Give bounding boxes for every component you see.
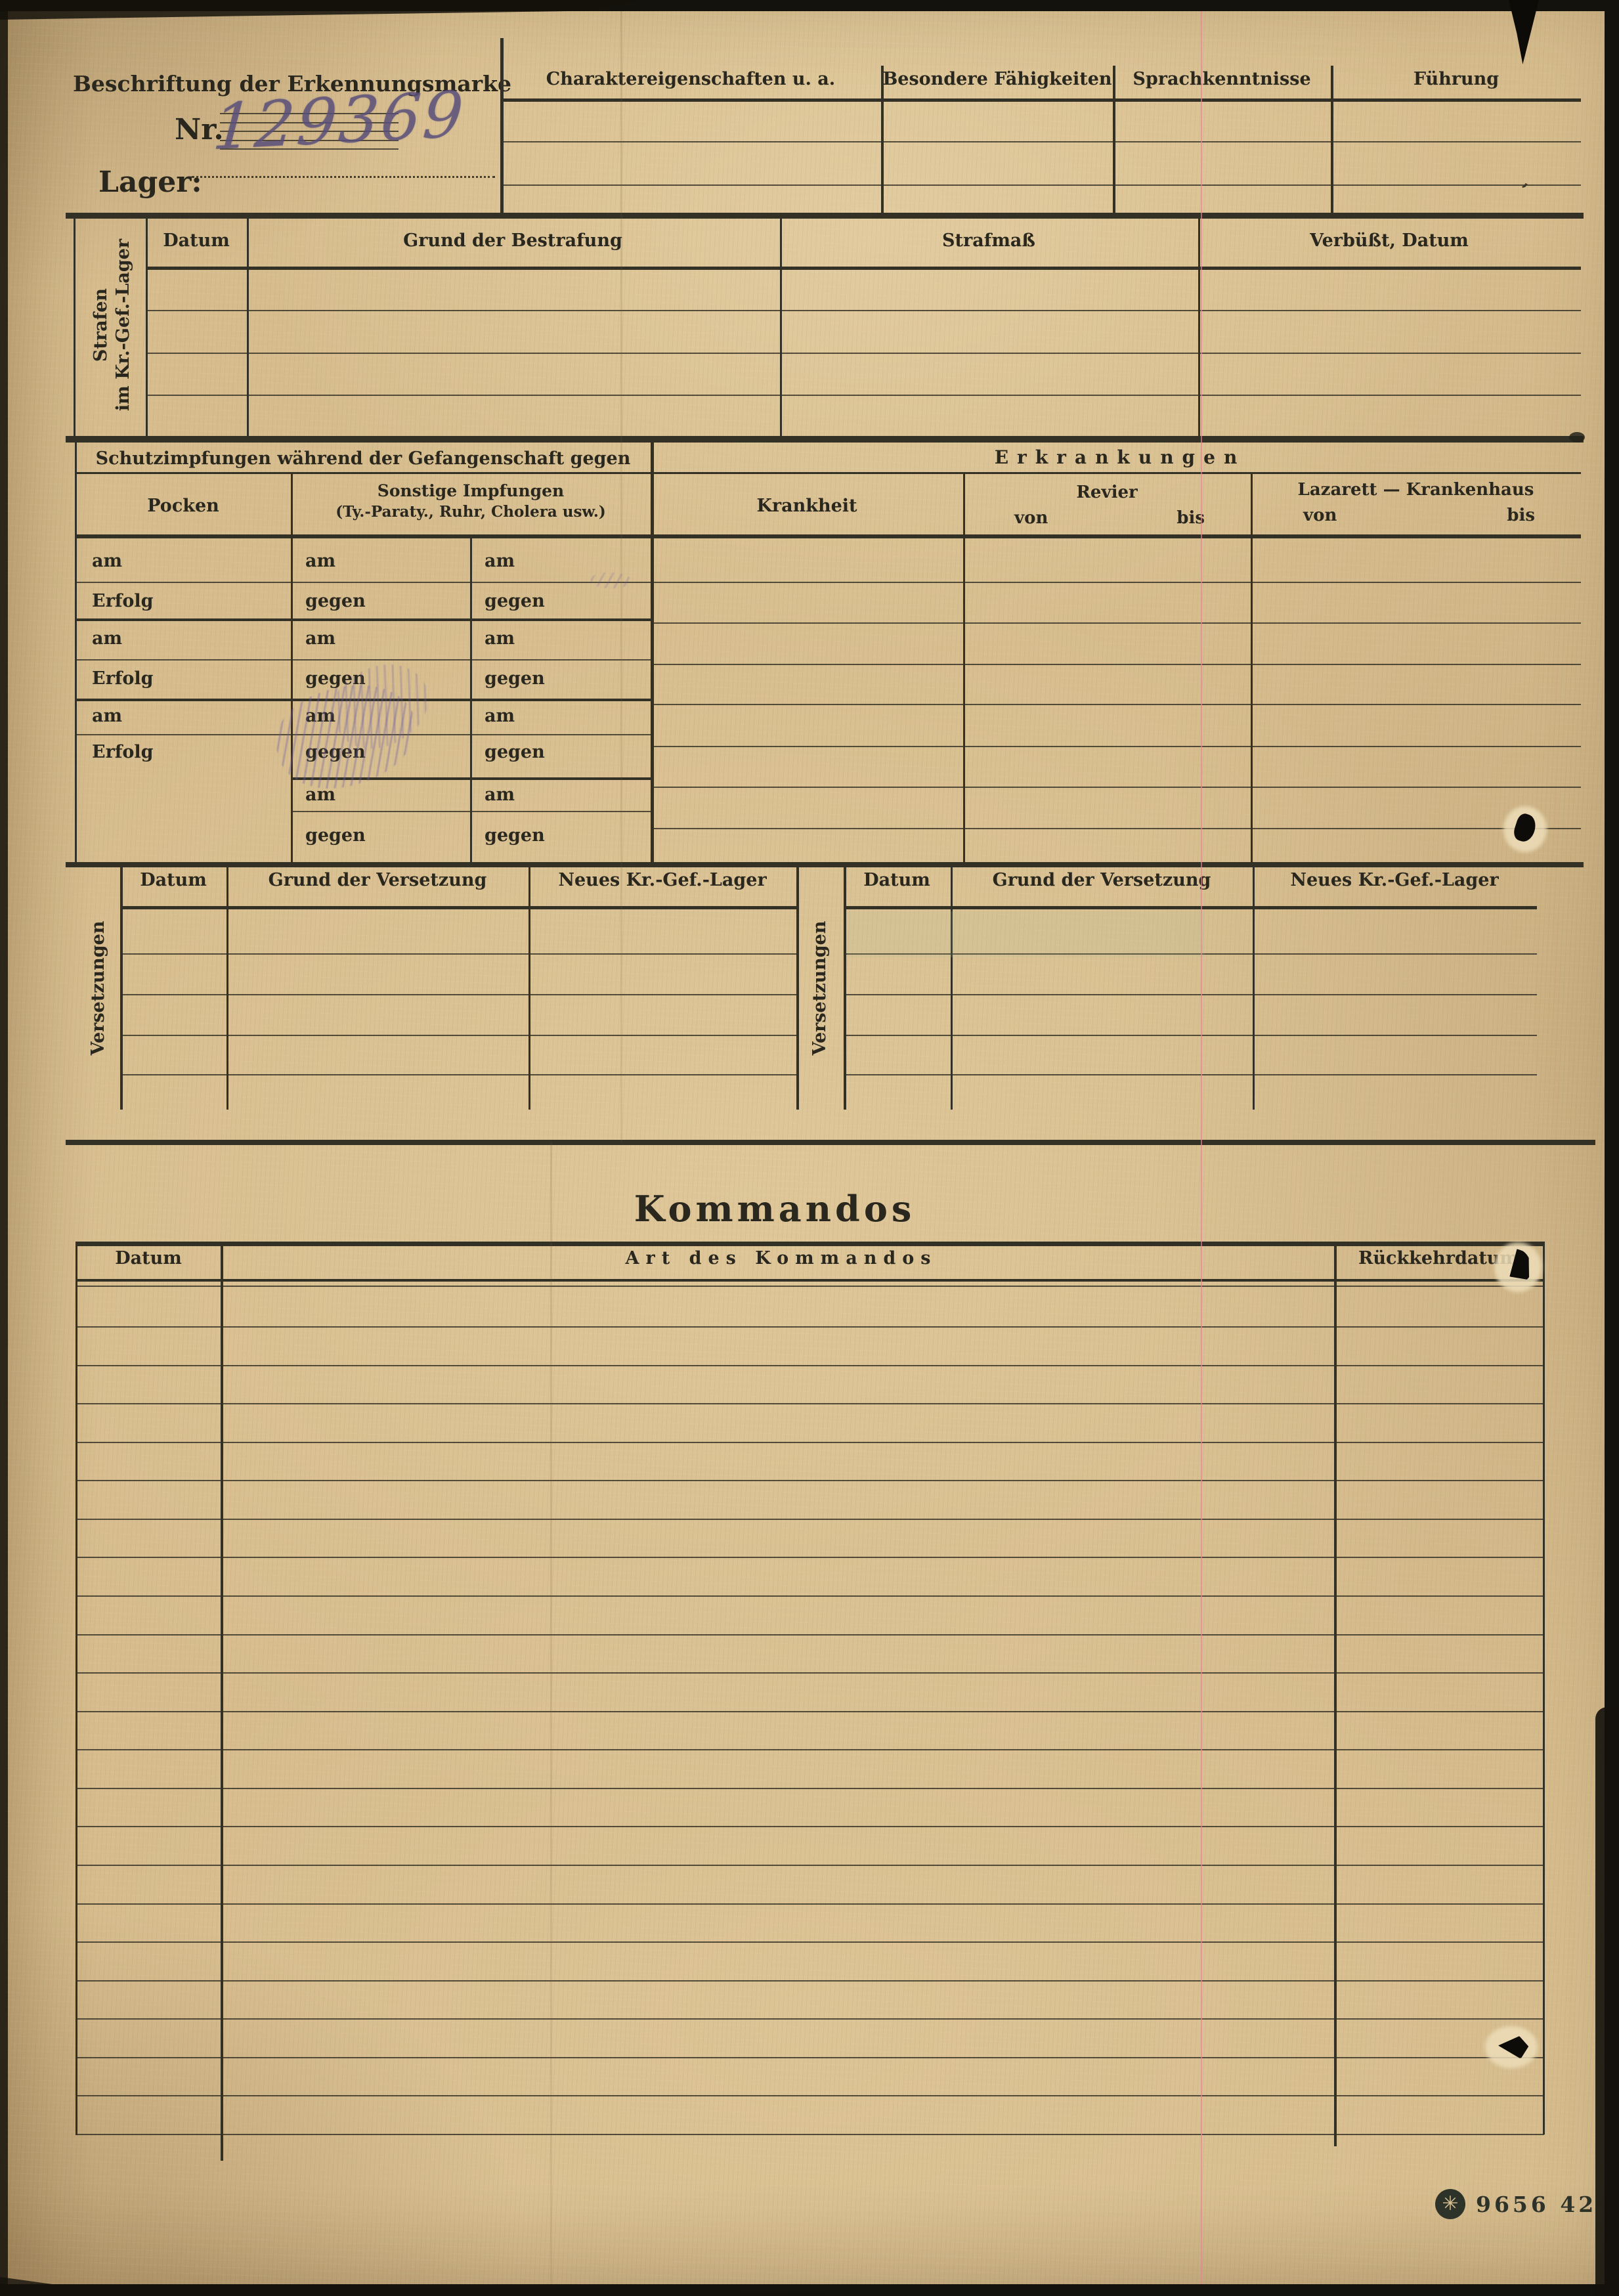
rule-line-h xyxy=(76,1634,1544,1635)
rule-line-v xyxy=(221,1242,223,2161)
rule-line-v xyxy=(74,213,76,437)
rule-line-v xyxy=(651,436,654,863)
rule-line-h xyxy=(76,1442,1544,1443)
rule-line-h xyxy=(66,1140,1595,1145)
printer-mark-icon: ✳ xyxy=(1435,2189,1465,2219)
rule-line-h xyxy=(500,141,1581,142)
rule-line-h xyxy=(76,1865,1544,1866)
rule-line-h xyxy=(76,2095,1544,2096)
impfungen-cell-label-am: am xyxy=(485,629,515,649)
rule-line-h xyxy=(651,664,1581,665)
rule-line-h xyxy=(76,1279,1544,1282)
assessment-col-charakter: Charaktereigenschaften u. a. xyxy=(546,70,835,89)
assessment-col-fuehrung: Führung xyxy=(1414,70,1499,89)
rule-line-v xyxy=(780,213,782,437)
rule-line-h xyxy=(76,2134,1544,2135)
rule-line-h xyxy=(146,353,1581,354)
kommandos-col-art: Art des Kommandos xyxy=(626,1249,938,1268)
rule-line-h xyxy=(76,1980,1544,1982)
strafen-side-label: Strafen im Kr.-Gef.-Lager xyxy=(83,211,142,439)
rule-line-v xyxy=(1331,66,1333,214)
strafen-col-verbuesst: Verbüßt, Datum xyxy=(1310,231,1469,251)
rule-line-h xyxy=(75,582,651,583)
impfungen-cell-label-gegen: gegen xyxy=(485,743,545,762)
rule-line-h xyxy=(500,184,1581,186)
rule-line-h xyxy=(76,1903,1544,1905)
rule-line-h xyxy=(76,1403,1544,1404)
rule-line-v xyxy=(1253,864,1255,1110)
rule-line-h xyxy=(66,436,1584,443)
rule-line-v xyxy=(1198,213,1200,437)
impfungen-left-header: Schutzimpfungen während der Gefangenscha… xyxy=(96,449,631,469)
versetzungen-right-col-neues-lager: Neues Kr.-Gef.-Lager xyxy=(1290,871,1498,890)
rule-line-h xyxy=(76,1749,1544,1750)
impfungen-cell-label-am: am xyxy=(485,785,515,805)
rule-line-h xyxy=(76,1711,1544,1712)
rule-line-h xyxy=(651,746,1581,747)
strafen-col-datum: Datum xyxy=(163,231,230,251)
impfungen-cell-label-am: am xyxy=(305,629,335,649)
rule-line-h xyxy=(120,994,796,995)
impfungen-col-pocken: Pocken xyxy=(147,496,219,516)
lazarett-von-label: von xyxy=(1303,505,1337,527)
rule-line-h xyxy=(75,618,651,621)
rule-line-v xyxy=(470,538,472,863)
rule-line-h xyxy=(844,994,1537,995)
rule-line-h xyxy=(76,1242,1544,1246)
small-ink-mark: , xyxy=(1521,171,1534,191)
rule-line-h xyxy=(76,2057,1544,2058)
rule-line-h xyxy=(146,395,1581,396)
assessment-col-faehigkeiten: Besondere Fähigkeiten xyxy=(882,70,1112,89)
strafen-col-grund: Grund der Bestrafung xyxy=(403,231,622,251)
scan-edge-left xyxy=(0,0,8,2296)
erkrankungen-col-lazarett: Lazarett — Krankenhaus von bis xyxy=(1251,479,1581,526)
rule-line-v xyxy=(963,472,965,863)
rule-line-h xyxy=(651,622,1581,624)
impfungen-cell-label-am: am xyxy=(92,629,122,649)
impfungen-cell-label-am: am xyxy=(92,552,122,571)
versetzungen-right-side-label: Versetzungen xyxy=(802,863,838,1113)
fold-line-pink xyxy=(1201,0,1202,2296)
kommandos-title: Kommandos xyxy=(634,1190,915,1228)
versetzungen-left-col-datum: Datum xyxy=(140,871,207,890)
rule-line-h xyxy=(75,659,651,661)
rule-line-h xyxy=(76,2018,1544,2020)
rule-line-h xyxy=(76,1826,1544,1827)
rule-line-h xyxy=(651,828,1581,829)
rule-line-h xyxy=(75,534,1581,538)
rule-line-h xyxy=(651,787,1581,788)
ink-blot xyxy=(1569,432,1585,443)
impfungen-cell-label-gegen: gegen xyxy=(305,826,366,846)
id-nr-handwritten-value: 129369 xyxy=(210,77,467,165)
lazarett-bis-label: bis xyxy=(1507,505,1535,527)
rule-line-h xyxy=(76,1480,1544,1481)
rule-line-h xyxy=(66,862,1584,867)
rule-line-h xyxy=(76,1941,1544,1943)
rule-line-h xyxy=(844,906,1537,909)
rule-line-h xyxy=(76,1365,1544,1366)
revier-von-label: von xyxy=(1014,508,1048,529)
rule-line-v xyxy=(291,472,293,863)
rule-line-h xyxy=(120,906,796,909)
assessment-col-sprachen: Sprachkenntnisse xyxy=(1133,70,1310,89)
rule-line-h xyxy=(651,582,1581,583)
paper-crease-upper xyxy=(620,0,622,1142)
impfungen-cell-label-am: am xyxy=(305,552,335,571)
rule-line-h xyxy=(66,213,1584,219)
rule-line-h xyxy=(120,1074,796,1075)
rule-line-v xyxy=(146,213,148,437)
scan-edge-right-lower xyxy=(1595,1707,1619,2296)
rule-line-h xyxy=(500,98,1581,102)
impfungen-cell-label-erfolg: Erfolg xyxy=(92,592,154,611)
versetzungen-right-col-grund: Grund der Versetzung xyxy=(993,871,1211,890)
rule-line-h xyxy=(75,472,1581,474)
versetzungen-left-col-neues-lager: Neues Kr.-Gef.-Lager xyxy=(558,871,766,890)
rule-line-v xyxy=(1543,1242,1545,2134)
rule-line-v xyxy=(951,864,953,1110)
document-page: Beschriftung der Erkennungsmarke Nr. 129… xyxy=(0,0,1619,2296)
paper-texture xyxy=(0,0,1619,2296)
rule-line-h xyxy=(120,1035,796,1036)
paper-stain-tint xyxy=(847,911,1205,957)
kommandos-col-datum: Datum xyxy=(115,1249,182,1268)
impfungen-cell-label-gegen: gegen xyxy=(485,826,545,846)
rule-line-v xyxy=(796,864,799,1110)
versetzungen-left-side-label: Versetzungen xyxy=(80,863,117,1113)
rule-line-h xyxy=(76,1788,1544,1789)
id-lager-dotted-line xyxy=(192,176,495,178)
strafen-col-strafmass: Strafmaß xyxy=(942,231,1035,251)
rule-line-h xyxy=(651,704,1581,705)
rule-line-h xyxy=(76,1672,1544,1674)
impfungen-cell-label-gegen: gegen xyxy=(305,592,366,611)
erkrankungen-col-revier: Revier von bis xyxy=(963,482,1251,529)
rule-line-h xyxy=(844,1035,1537,1036)
rule-line-h xyxy=(76,1286,1544,1287)
rule-line-v xyxy=(529,864,530,1110)
rule-line-v xyxy=(76,1242,77,2135)
rule-line-v xyxy=(881,66,884,214)
impfungen-cell-label-am: am xyxy=(485,706,515,726)
rule-line-v xyxy=(1113,66,1115,214)
rule-line-h xyxy=(120,953,796,955)
rule-line-v xyxy=(844,864,846,1110)
rule-line-h xyxy=(76,1557,1544,1558)
rule-line-v xyxy=(227,864,228,1110)
erkrankungen-col-krankheit: Krankheit xyxy=(756,496,857,516)
rule-line-h xyxy=(146,310,1581,311)
rule-line-v xyxy=(1251,472,1253,863)
id-lager-label: Lager: xyxy=(98,167,202,198)
impfungen-cell-label-gegen: gegen xyxy=(485,592,545,611)
impfungen-cell-label-erfolg: Erfolg xyxy=(92,743,154,762)
impfungen-col-sonstige: Sonstige Impfungen (Ty.-Paraty., Ruhr, C… xyxy=(291,481,651,522)
impfungen-cell-label-erfolg: Erfolg xyxy=(92,669,154,689)
rule-line-v xyxy=(120,864,123,1110)
scan-edge-top-left xyxy=(0,0,643,20)
rule-line-h xyxy=(844,1074,1537,1075)
rule-line-h xyxy=(76,1326,1544,1328)
rule-line-h xyxy=(76,1519,1544,1520)
rule-line-h xyxy=(146,267,1581,270)
impfungen-cell-label-gegen: gegen xyxy=(485,669,545,689)
impfungen-cell-label-am: am xyxy=(485,552,515,571)
pencil-smudge xyxy=(591,573,632,588)
paper-crease-lower xyxy=(550,1142,552,2296)
impfungen-cell-label-am: am xyxy=(92,706,122,726)
rule-line-v xyxy=(1334,1242,1337,2146)
rule-line-v xyxy=(247,213,249,437)
erkrankungen-header: Erkrankungen xyxy=(995,448,1246,468)
rule-line-v xyxy=(500,38,504,214)
versetzungen-left-col-grund: Grund der Versetzung xyxy=(269,871,487,890)
versetzungen-right-col-datum: Datum xyxy=(863,871,930,890)
rule-line-v xyxy=(75,436,77,863)
rule-line-h xyxy=(76,1595,1544,1597)
